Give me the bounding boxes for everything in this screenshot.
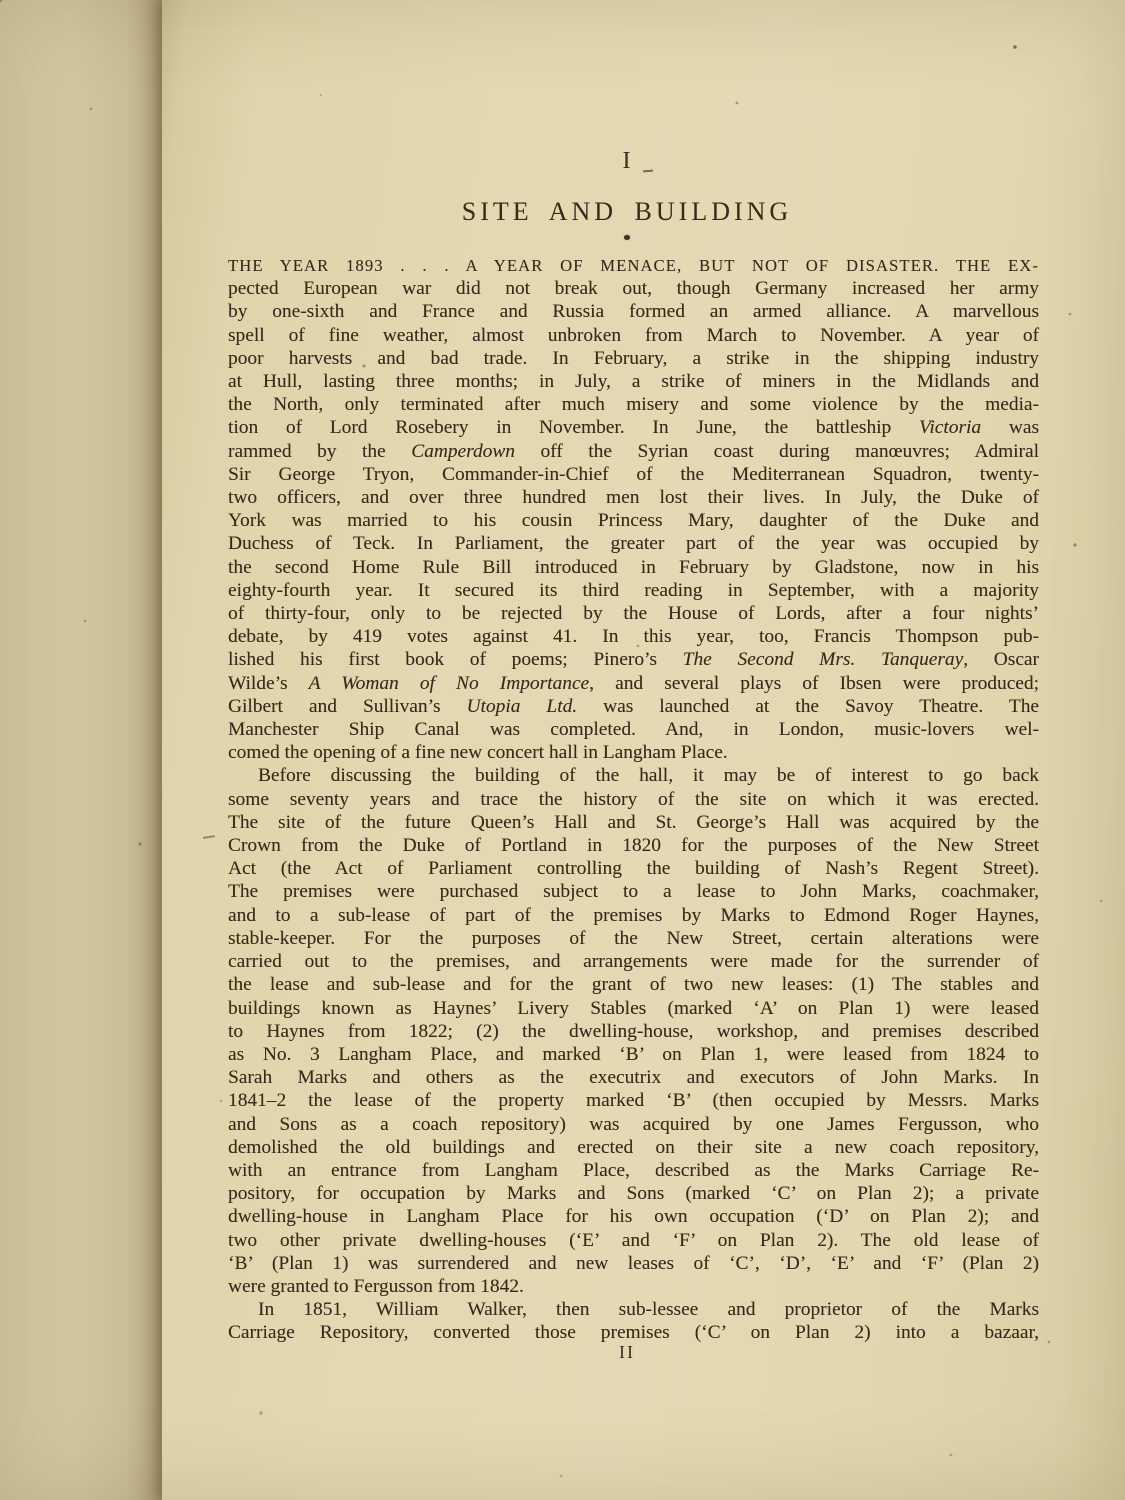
- text-line: the North, only terminated after much mi…: [228, 393, 1039, 416]
- facing-page-edge: [0, 0, 162, 1500]
- text-line: poor harvests and bad trade. In February…: [228, 347, 1039, 370]
- text-line: Gilbert and Sullivan’s Utopia Ltd. was l…: [228, 695, 1039, 718]
- text-line: some seventy years and trace the history…: [228, 788, 1039, 811]
- text-line: pected European war did not break out, t…: [228, 277, 1039, 300]
- text-line: tion of Lord Rosebery in November. In Ju…: [228, 416, 1039, 439]
- text-line: lished his first book of poems; Pinero’s…: [228, 648, 1039, 671]
- text-line: In 1851, William Walker, then sub-lessee…: [228, 1298, 1039, 1321]
- text-line: Sarah Marks and others as the executrix …: [228, 1066, 1039, 1089]
- text-line: 1841–2 the lease of the property marked …: [228, 1089, 1039, 1112]
- text-line: two officers, and over three hundred men…: [228, 486, 1039, 509]
- paragraph: Before discussing the building of the ha…: [228, 764, 1039, 1298]
- paragraph: THE YEAR 1893 . . . A YEAR OF MENACE, BU…: [228, 254, 1039, 764]
- text-line: at Hull, lasting three months; in July, …: [228, 370, 1039, 393]
- paragraph: In 1851, William Walker, then sub-lessee…: [228, 1298, 1039, 1344]
- page-title: SITE AND BUILDING: [222, 195, 1032, 229]
- text-line: spell of fine weather, almost unbroken f…: [228, 324, 1039, 347]
- text-line: with an entrance from Langham Place, des…: [228, 1159, 1039, 1182]
- text-line: of thirty-four, only to be rejected by t…: [228, 602, 1039, 625]
- text-line: pository, for occupation by Marks and So…: [228, 1182, 1039, 1205]
- text-line: The site of the future Queen’s Hall and …: [228, 811, 1039, 834]
- text-line: dwelling-house in Langham Place for his …: [228, 1205, 1039, 1228]
- book-page: I SITE AND BUILDING THE YEAR 1893 . . . …: [162, 0, 1125, 1500]
- text-line: Sir George Tryon, Commander-in-Chief of …: [228, 463, 1039, 486]
- text-line: The premises were purchased subject to a…: [228, 880, 1039, 903]
- ink-dot-mark: [624, 235, 630, 240]
- text-line: were granted to Fergusson from 1842.: [228, 1275, 1039, 1298]
- text-line: Before discussing the building of the ha…: [228, 764, 1039, 787]
- text-line: ‘B’ (Plan 1) was surrendered and new lea…: [228, 1252, 1039, 1275]
- text-line: two other private dwelling-houses (‘E’ a…: [228, 1229, 1039, 1252]
- text-line: eighty-fourth year. It secured its third…: [228, 579, 1039, 602]
- text-line: stable-keeper. For the purposes of the N…: [228, 927, 1039, 950]
- text-line: as No. 3 Langham Place, and marked ‘B’ o…: [228, 1043, 1039, 1066]
- body-text: THE YEAR 1893 . . . A YEAR OF MENACE, BU…: [228, 254, 1039, 1345]
- chapter-number: I: [222, 146, 1032, 176]
- text-line: and Sons as a coach repository) was acqu…: [228, 1113, 1039, 1136]
- text-line: Manchester Ship Canal was completed. And…: [228, 718, 1039, 741]
- text-line: the second Home Rule Bill introduced in …: [228, 556, 1039, 579]
- text-line: rammed by the Camperdown off the Syrian …: [228, 440, 1039, 463]
- text-line: buildings known as Haynes’ Livery Stable…: [228, 997, 1039, 1020]
- text-line: Act (the Act of Parliament controlling t…: [228, 857, 1039, 880]
- text-line: and to a sub-lease of part of the premis…: [228, 904, 1039, 927]
- text-line: the lease and sub-lease and for the gran…: [228, 973, 1039, 996]
- text-line: York was married to his cousin Princess …: [228, 509, 1039, 532]
- text-line: comed the opening of a fine new concert …: [228, 741, 1039, 764]
- page-number: II: [222, 1341, 1032, 1363]
- text-line: by one-sixth and France and Russia forme…: [228, 300, 1039, 323]
- book-page-photo: I SITE AND BUILDING THE YEAR 1893 . . . …: [0, 0, 1125, 1500]
- text-line: Wilde’s A Woman of No Importance, and se…: [228, 672, 1039, 695]
- text-line: Duchess of Teck. In Parliament, the grea…: [228, 532, 1039, 555]
- text-line: Crown from the Duke of Portland in 1820 …: [228, 834, 1039, 857]
- text-line: debate, by 419 votes against 41. In this…: [228, 625, 1039, 648]
- text-line: THE YEAR 1893 . . . A YEAR OF MENACE, BU…: [228, 254, 1039, 277]
- text-line: demolished the old buildings and erected…: [228, 1136, 1039, 1159]
- text-line: carried out to the premises, and arrange…: [228, 950, 1039, 973]
- text-line: to Haynes from 1822; (2) the dwelling-ho…: [228, 1020, 1039, 1043]
